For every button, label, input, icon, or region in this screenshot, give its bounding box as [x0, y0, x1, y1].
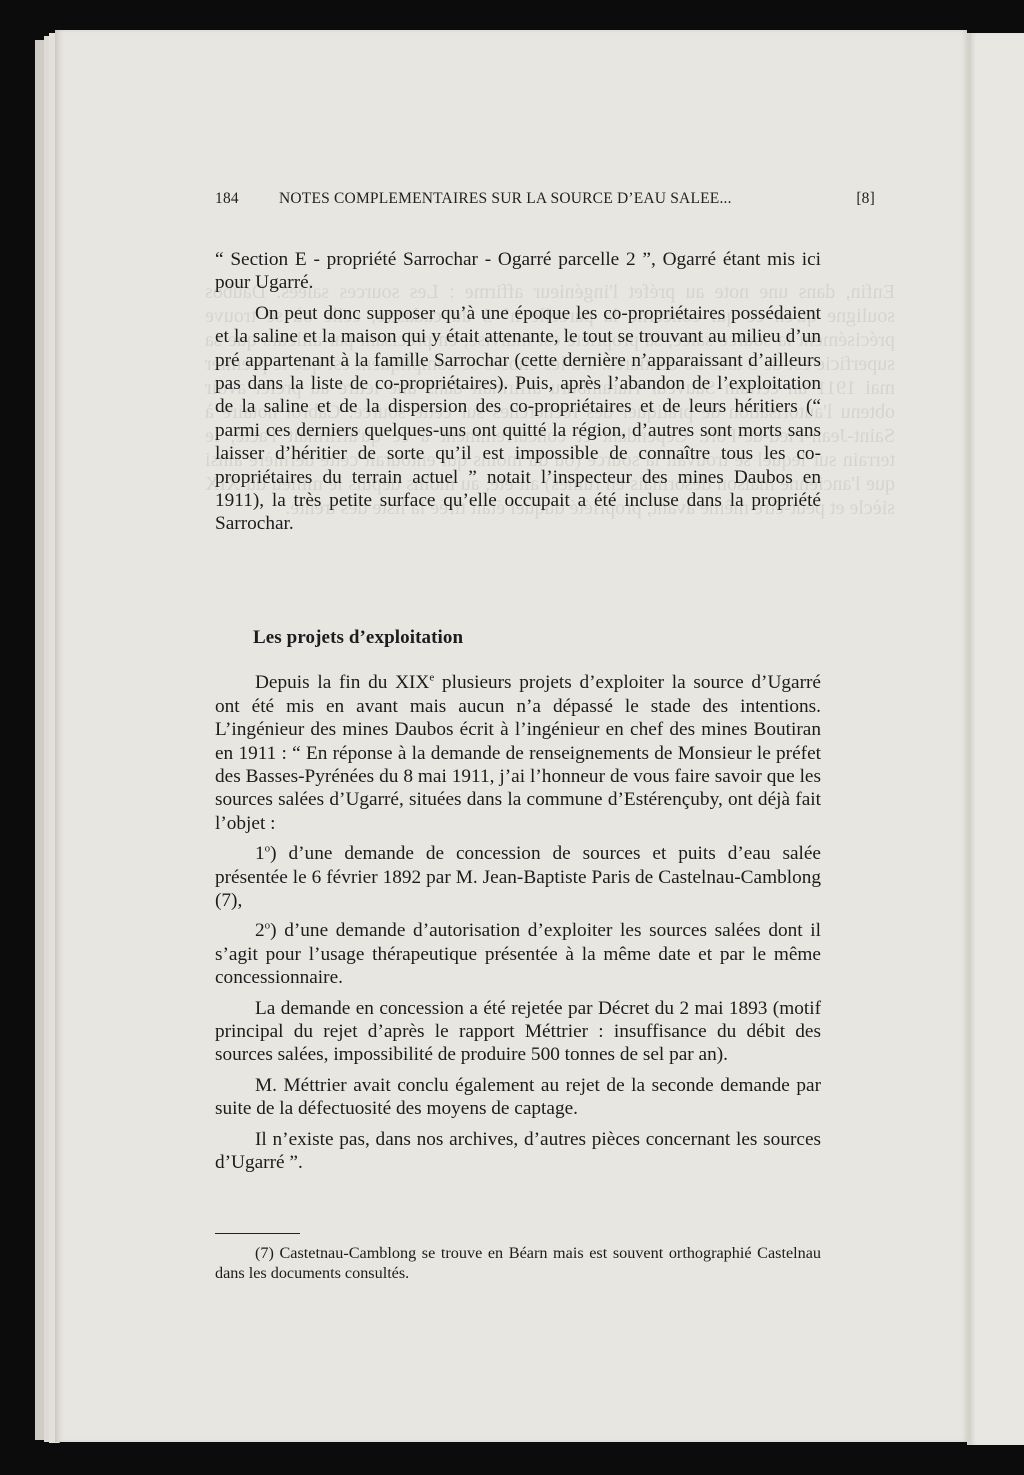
paragraph-text: plusieurs projets d’exploiter la source …	[215, 672, 821, 833]
paragraph: M. Méttrier avait conclu également au re…	[215, 1074, 821, 1121]
running-head-title: NOTES COMPLEMENTAIRES SUR LA SOURCE D’EA…	[279, 190, 732, 208]
paragraph: Depuis la fin du XIXe plusieurs projets …	[215, 671, 821, 835]
list-item: 2o) d’une demande d’autorisation d’explo…	[215, 919, 821, 989]
page-number: 184	[215, 190, 239, 208]
paragraph: La demande en concession a été rejetée p…	[215, 997, 821, 1067]
book-page: Enfin, dans une note au préfet l'ingénie…	[55, 30, 967, 1442]
body-text: “ Section E - propriété Sarrochar - Ogar…	[215, 248, 821, 1181]
section-number: [8]	[856, 190, 875, 208]
section-heading: Les projets d’exploitation	[215, 626, 821, 649]
footnote-divider	[215, 1233, 300, 1234]
list-text: ) d’une demande d’autorisation d’exploit…	[215, 920, 821, 988]
paragraph: On peut donc supposer qu’à une époque le…	[215, 302, 821, 536]
list-number: 2	[255, 920, 265, 941]
footnotes: (7) Castetnau-Camblong se trouve en Béar…	[215, 1243, 821, 1283]
list-number: 1	[255, 843, 265, 864]
facing-page-edge	[967, 33, 1024, 1445]
paragraph: Il n’existe pas, dans nos archives, d’au…	[215, 1128, 821, 1175]
footnote: (7) Castetnau-Camblong se trouve en Béar…	[215, 1243, 821, 1283]
paragraph-text: Depuis la fin du XIX	[255, 672, 429, 693]
list-item: 1o) d’une demande de concession de sourc…	[215, 842, 821, 912]
paragraph: “ Section E - propriété Sarrochar - Ogar…	[215, 248, 821, 295]
running-head: 184 NOTES COMPLEMENTAIRES SUR LA SOURCE …	[215, 190, 875, 212]
list-text: ) d’une demande de concession de sources…	[215, 843, 821, 911]
